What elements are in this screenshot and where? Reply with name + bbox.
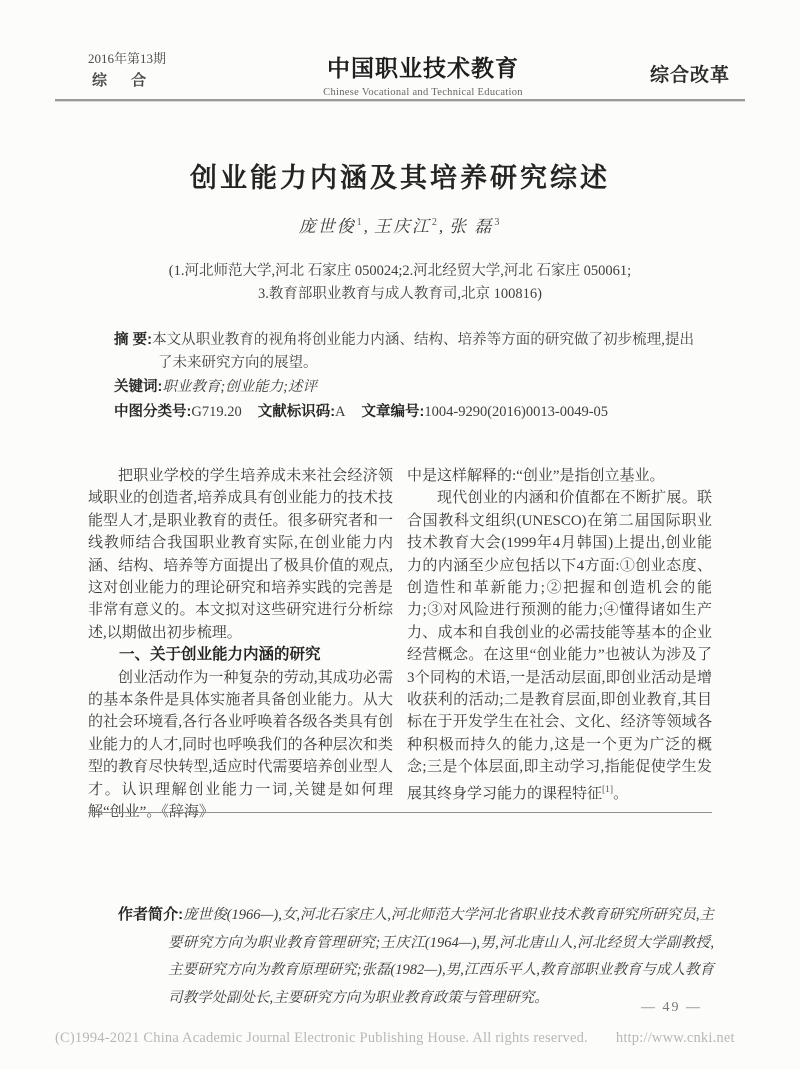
article-id-value: 1004-9290(2016)0013-0049-05: [424, 404, 608, 420]
footer-copyright: (C)1994-2021 China Academic Journal Elec…: [55, 1030, 588, 1046]
affiliation-line: (1.河北师范大学,河北 石家庄 050024;2.河北经贸大学,河北 石家庄 …: [0, 260, 800, 283]
paragraph: 现代创业的内涵和价值都在不断扩展。联合国教科文组织(UNESCO)在第二届国际职…: [407, 487, 712, 805]
section-label: 综合改革: [650, 60, 730, 87]
article-meta: 摘 要:本文从职业教育的视角将创业能力内涵、结构、培养等方面的研究做了初步梳理,…: [114, 329, 694, 424]
affiliation-block: (1.河北师范大学,河北 石家庄 050024;2.河北经贸大学,河北 石家庄 …: [0, 260, 800, 306]
keywords: 关键词:职业教育;创业能力;述评: [114, 376, 694, 399]
author-separator: ,: [364, 217, 374, 236]
classification-line: 中图分类号:G719.20文献标识码:A文章编号:1004-9290(2016)…: [114, 401, 694, 424]
journal-title: 中国职业技术教育: [323, 50, 523, 83]
ref-marker: [1]: [602, 785, 613, 795]
author-affil-marker: 2: [432, 217, 439, 228]
journal-header: 2016年第13期 综 合 中国职业技术教育 Chinese Vocationa…: [88, 50, 730, 98]
body-column-left: 把职业学校的学生培养成未来社会经济领域职业的创造者,培养成具有创业能力的技术技能…: [88, 465, 393, 824]
issue-info: 2016年第13期: [88, 50, 166, 67]
keywords-text: 职业教育;创业能力;述评: [162, 379, 317, 395]
paragraph-end: 。: [613, 786, 628, 802]
paragraph: 把职业学校的学生培养成未来社会经济领域职业的创造者,培养成具有创业能力的技术技能…: [88, 465, 393, 644]
page-number: — 49 —: [641, 1000, 702, 1016]
footer-url: http://www.cnki.net: [616, 1030, 735, 1046]
abstract: 摘 要:本文从职业教育的视角将创业能力内涵、结构、培养等方面的研究做了初步梳理,…: [114, 329, 694, 375]
doc-code-label: 文献标识码:: [258, 404, 335, 420]
affiliation-line: 3.教育部职业教育与成人教育司,北京 100816): [0, 283, 800, 306]
paragraph-text: 现代创业的内涵和价值都在不断扩展。联合国教科文组织(UNESCO)在第二届国际职…: [407, 490, 712, 801]
paragraph: 创业活动作为一种复杂的劳动,其成功必需的基本条件是具体实施者具备创业能力。从大的…: [88, 667, 393, 824]
paragraph-continuation: 中是这样解释的:“创业”是指创立基业。: [407, 465, 712, 487]
section-heading: 一、关于创业能力内涵的研究: [88, 644, 393, 666]
journal-subtitle-en: Chinese Vocational and Technical Educati…: [323, 87, 523, 98]
clc-label: 中图分类号:: [114, 404, 191, 420]
header-left: 2016年第13期 综 合: [88, 50, 166, 89]
abstract-label: 摘 要:: [114, 332, 152, 348]
author-affil-marker: 1: [357, 217, 364, 228]
journal-page: 2016年第13期 综 合 中国职业技术教育 Chinese Vocationa…: [0, 0, 800, 1069]
article-title: 创业能力内涵及其培养研究综述: [0, 156, 800, 195]
bio-label: 作者简介:: [118, 906, 183, 923]
author-list: 庞世俊1,王庆江2,张 磊3: [0, 212, 800, 237]
author-bio: 作者简介:庞世俊(1966—),女,河北石家庄人,河北师范大学河北省职业技术教育…: [118, 901, 714, 1012]
author-name: 张 磊: [449, 217, 493, 236]
header-center: 中国职业技术教育 Chinese Vocational and Technica…: [323, 50, 523, 98]
column-label: 综 合: [92, 72, 166, 89]
footnote-divider: [88, 812, 712, 813]
bio-text: 庞世俊(1966—),女,河北石家庄人,河北师范大学河北省职业技术教育研究所研究…: [168, 907, 714, 1006]
article-id-label: 文章编号:: [362, 404, 425, 420]
author-name: 王庆江: [374, 217, 431, 236]
author-affil-marker: 3: [494, 217, 501, 228]
header-divider: [55, 99, 745, 102]
footer: (C)1994-2021 China Academic Journal Elec…: [55, 1030, 770, 1047]
author-separator: ,: [439, 217, 449, 236]
body-column-right: 中是这样解释的:“创业”是指创立基业。 现代创业的内涵和价值都在不断扩展。联合国…: [407, 465, 712, 824]
article-body: 把职业学校的学生培养成未来社会经济领域职业的创造者,培养成具有创业能力的技术技能…: [88, 465, 712, 824]
author-name: 庞世俊: [299, 217, 356, 236]
doc-code-value: A: [335, 404, 345, 420]
keywords-label: 关键词:: [114, 379, 162, 395]
clc-value: G719.20: [191, 404, 241, 420]
abstract-text: 本文从职业教育的视角将创业能力内涵、结构、培养等方面的研究做了初步梳理,提出了未…: [152, 332, 694, 371]
